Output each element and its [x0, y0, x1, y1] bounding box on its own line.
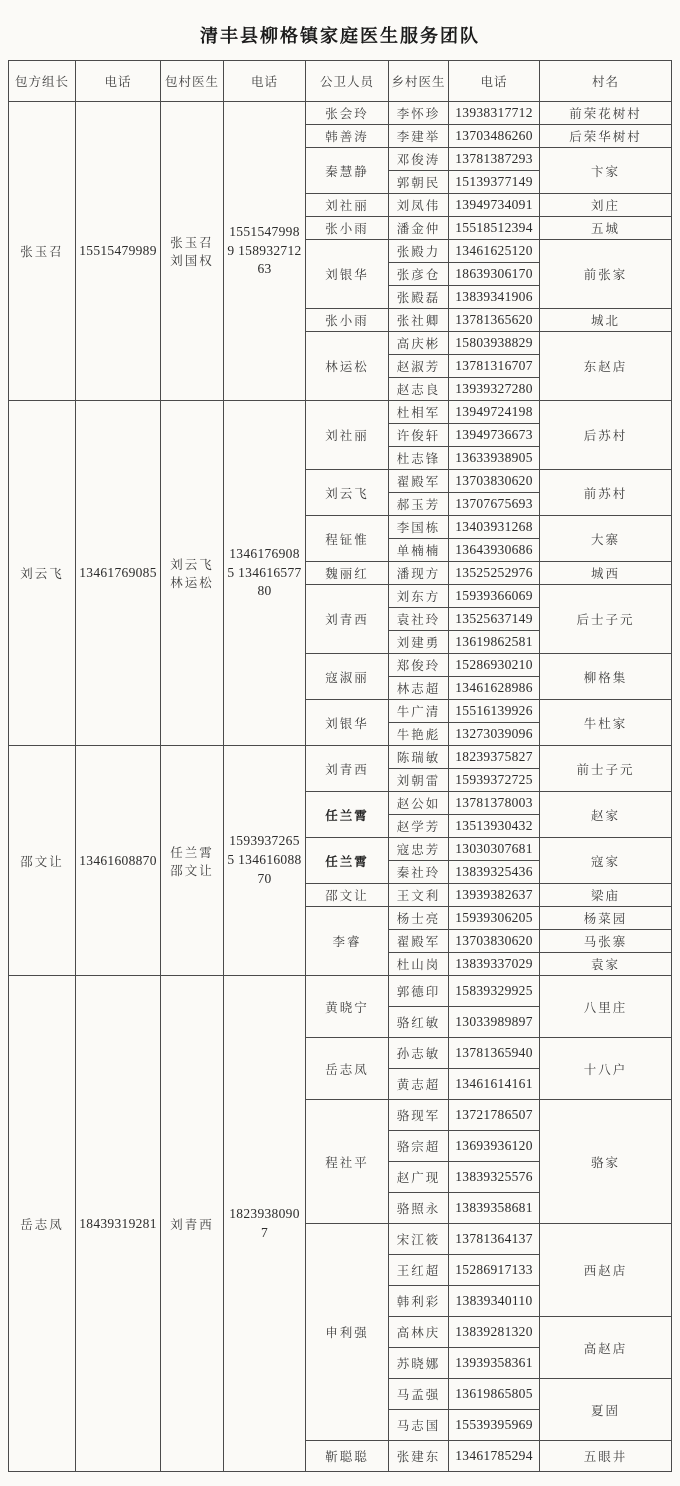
village-name-cell: 夏固 [540, 1379, 672, 1441]
village-name-cell: 东赵店 [540, 332, 672, 401]
rural-doctor-cell: 郭德印 [389, 976, 449, 1007]
rural-doctor-cell: 牛广清 [389, 700, 449, 723]
leader-phone-cell: 18439319281 [76, 976, 161, 1472]
rural-doctor-cell: 潘现方 [389, 562, 449, 585]
public-health-staff-cell: 申利强 [306, 1224, 389, 1441]
phone-cell: 13781365940 [449, 1038, 540, 1069]
village-name-cell: 城西 [540, 562, 672, 585]
village-name-cell: 后荣华树村 [540, 125, 672, 148]
public-health-staff-cell: 岳志凤 [306, 1038, 389, 1100]
rural-doctor-cell: 郭朝民 [389, 171, 449, 194]
leader-phone-cell: 13461769085 [76, 401, 161, 746]
rural-doctor-cell: 牛艳彪 [389, 723, 449, 746]
rural-doctor-cell: 邓俊涛 [389, 148, 449, 171]
rural-doctor-cell: 张社卿 [389, 309, 449, 332]
village-doctor-phone-cell: 15939372655 13461608870 [224, 746, 306, 976]
village-doctor-cell: 刘青西 [161, 976, 224, 1472]
phone-cell: 15939372725 [449, 769, 540, 792]
public-health-staff-cell: 邵文让 [306, 884, 389, 907]
column-header-4: 公卫人员 [306, 61, 389, 102]
rural-doctor-cell: 张彦仓 [389, 263, 449, 286]
rural-doctor-cell: 张殿力 [389, 240, 449, 263]
rural-doctor-cell: 赵广现 [389, 1162, 449, 1193]
phone-cell: 13721786507 [449, 1100, 540, 1131]
village-name-cell: 高赵店 [540, 1317, 672, 1379]
rural-doctor-cell: 刘朝雷 [389, 769, 449, 792]
rural-doctor-cell: 许俊轩 [389, 424, 449, 447]
phone-cell: 13939327280 [449, 378, 540, 401]
public-health-staff-cell: 张小雨 [306, 309, 389, 332]
phone-cell: 15939366069 [449, 585, 540, 608]
village-name-cell: 城北 [540, 309, 672, 332]
rural-doctor-cell: 孙志敏 [389, 1038, 449, 1069]
phone-cell: 15939306205 [449, 907, 540, 930]
rural-doctor-cell: 赵学芳 [389, 815, 449, 838]
village-name-cell: 前士子元 [540, 746, 672, 792]
rural-doctor-cell: 杨士亮 [389, 907, 449, 930]
leader-cell: 邵文让 [9, 746, 76, 976]
table-row: 刘云飞13461769085刘云飞 林运松13461769085 1346165… [9, 401, 672, 424]
public-health-staff-cell: 刘社丽 [306, 194, 389, 217]
phone-cell: 15286930210 [449, 654, 540, 677]
phone-cell: 15139377149 [449, 171, 540, 194]
phone-cell: 13949724198 [449, 401, 540, 424]
phone-cell: 13033989897 [449, 1007, 540, 1038]
phone-cell: 13839325576 [449, 1162, 540, 1193]
public-health-staff-cell: 刘青西 [306, 585, 389, 654]
leader-cell: 张玉召 [9, 102, 76, 401]
phone-cell: 13273039096 [449, 723, 540, 746]
leader-phone-cell: 13461608870 [76, 746, 161, 976]
page-title: 清丰县柳格镇家庭医生服务团队 [8, 22, 672, 48]
village-name-cell: 五城 [540, 217, 672, 240]
public-health-staff-cell: 刘云飞 [306, 470, 389, 516]
rural-doctor-cell: 刘凤伟 [389, 194, 449, 217]
rural-doctor-cell: 刘东方 [389, 585, 449, 608]
table-row: 张玉召15515479989张玉召 刘国权15515479989 1589327… [9, 102, 672, 125]
rural-doctor-cell: 张建东 [389, 1441, 449, 1472]
phone-cell: 13839358681 [449, 1193, 540, 1224]
village-name-cell: 卞家 [540, 148, 672, 194]
village-doctor-phone-cell: 18239380907 [224, 976, 306, 1472]
village-name-cell: 前张家 [540, 240, 672, 309]
rural-doctor-cell: 袁社玲 [389, 608, 449, 631]
phone-cell: 13939382637 [449, 884, 540, 907]
village-name-cell: 杨菜园 [540, 907, 672, 930]
village-name-cell: 赵家 [540, 792, 672, 838]
column-header-7: 村名 [540, 61, 672, 102]
phone-cell: 13703486260 [449, 125, 540, 148]
public-health-staff-cell: 刘社丽 [306, 401, 389, 470]
phone-cell: 15518512394 [449, 217, 540, 240]
table-row: 岳志凤18439319281刘青西18239380907黄晓宁郭德印158393… [9, 976, 672, 1007]
rural-doctor-cell: 翟殿军 [389, 930, 449, 953]
rural-doctor-cell: 骆红敏 [389, 1007, 449, 1038]
phone-cell: 13781387293 [449, 148, 540, 171]
rural-doctor-cell: 郑俊玲 [389, 654, 449, 677]
document-page: 清丰县柳格镇家庭医生服务团队 包方组长电话包村医生电话公卫人员乡村医生电话村名 … [0, 0, 680, 1486]
rural-doctor-cell: 马孟强 [389, 1379, 449, 1410]
column-header-0: 包方组长 [9, 61, 76, 102]
rural-doctor-cell: 李怀珍 [389, 102, 449, 125]
rural-doctor-cell: 张殿磊 [389, 286, 449, 309]
rural-doctor-cell: 杜志锋 [389, 447, 449, 470]
phone-cell: 13839281320 [449, 1317, 540, 1348]
phone-cell: 15286917133 [449, 1255, 540, 1286]
phone-cell: 13461785294 [449, 1441, 540, 1472]
phone-cell: 13703830620 [449, 930, 540, 953]
phone-cell: 13619865805 [449, 1379, 540, 1410]
village-name-cell: 西赵店 [540, 1224, 672, 1317]
rural-doctor-cell: 骆照永 [389, 1193, 449, 1224]
public-health-staff-cell: 寇淑丽 [306, 654, 389, 700]
public-health-staff-cell: 李睿 [306, 907, 389, 976]
village-name-cell: 袁家 [540, 953, 672, 976]
village-name-cell: 八里庄 [540, 976, 672, 1038]
rural-doctor-cell: 高庆彬 [389, 332, 449, 355]
rural-doctor-cell: 赵公如 [389, 792, 449, 815]
column-header-3: 电话 [224, 61, 306, 102]
phone-cell: 13030307681 [449, 838, 540, 861]
village-name-cell: 马张寨 [540, 930, 672, 953]
rural-doctor-cell: 杜相军 [389, 401, 449, 424]
rural-doctor-cell: 马志国 [389, 1410, 449, 1441]
public-health-staff-cell: 程钲惟 [306, 516, 389, 562]
village-doctor-cell: 刘云飞 林运松 [161, 401, 224, 746]
rural-doctor-cell: 杜山岗 [389, 953, 449, 976]
table-header-row: 包方组长电话包村医生电话公卫人员乡村医生电话村名 [9, 61, 672, 102]
rural-doctor-cell: 苏晓娜 [389, 1348, 449, 1379]
village-name-cell: 刘庄 [540, 194, 672, 217]
leader-phone-cell: 15515479989 [76, 102, 161, 401]
leader-cell: 刘云飞 [9, 401, 76, 746]
team-section-3: 岳志凤18439319281刘青西18239380907黄晓宁郭德印158393… [9, 976, 672, 1472]
phone-cell: 13693936120 [449, 1131, 540, 1162]
rural-doctor-cell: 单楠楠 [389, 539, 449, 562]
rural-doctor-cell: 林志超 [389, 677, 449, 700]
public-health-staff-cell: 秦慧静 [306, 148, 389, 194]
rural-doctor-cell: 韩利彩 [389, 1286, 449, 1317]
village-name-cell: 后士子元 [540, 585, 672, 654]
phone-cell: 13839337029 [449, 953, 540, 976]
village-name-cell: 十八户 [540, 1038, 672, 1100]
public-health-staff-cell: 任兰霄 [306, 792, 389, 838]
rural-doctor-cell: 王红超 [389, 1255, 449, 1286]
village-doctor-cell: 张玉召 刘国权 [161, 102, 224, 401]
phone-cell: 13513930432 [449, 815, 540, 838]
public-health-staff-cell: 刘银华 [306, 700, 389, 746]
phone-cell: 13633938905 [449, 447, 540, 470]
phone-cell: 15839329925 [449, 976, 540, 1007]
rural-doctor-cell: 骆现军 [389, 1100, 449, 1131]
table-row: 邵文让13461608870任兰霄 邵文让15939372655 1346160… [9, 746, 672, 769]
family-doctor-team-table: 包方组长电话包村医生电话公卫人员乡村医生电话村名 张玉召15515479989张… [8, 60, 672, 1472]
village-name-cell: 大寨 [540, 516, 672, 562]
phone-cell: 13939358361 [449, 1348, 540, 1379]
phone-cell: 13403931268 [449, 516, 540, 539]
team-section-1: 刘云飞13461769085刘云飞 林运松13461769085 1346165… [9, 401, 672, 746]
rural-doctor-cell: 郝玉芳 [389, 493, 449, 516]
phone-cell: 13643930686 [449, 539, 540, 562]
rural-doctor-cell: 李建举 [389, 125, 449, 148]
rural-doctor-cell: 李国栋 [389, 516, 449, 539]
phone-cell: 13781378003 [449, 792, 540, 815]
phone-cell: 15803938829 [449, 332, 540, 355]
phone-cell: 13461628986 [449, 677, 540, 700]
public-health-staff-cell: 任兰霄 [306, 838, 389, 884]
public-health-staff-cell: 魏丽红 [306, 562, 389, 585]
phone-cell: 13781365620 [449, 309, 540, 332]
phone-cell: 13707675693 [449, 493, 540, 516]
rural-doctor-cell: 王文利 [389, 884, 449, 907]
village-name-cell: 五眼井 [540, 1441, 672, 1472]
rural-doctor-cell: 秦社玲 [389, 861, 449, 884]
village-doctor-cell: 任兰霄 邵文让 [161, 746, 224, 976]
phone-cell: 13525252976 [449, 562, 540, 585]
village-name-cell: 骆家 [540, 1100, 672, 1224]
rural-doctor-cell: 黄志超 [389, 1069, 449, 1100]
phone-cell: 18239375827 [449, 746, 540, 769]
rural-doctor-cell: 高林庆 [389, 1317, 449, 1348]
phone-cell: 13839325436 [449, 861, 540, 884]
phone-cell: 13839340110 [449, 1286, 540, 1317]
public-health-staff-cell: 韩善涛 [306, 125, 389, 148]
phone-cell: 18639306170 [449, 263, 540, 286]
rural-doctor-cell: 寇忠芳 [389, 838, 449, 861]
phone-cell: 13619862581 [449, 631, 540, 654]
public-health-staff-cell: 程社平 [306, 1100, 389, 1224]
public-health-staff-cell: 刘青西 [306, 746, 389, 792]
public-health-staff-cell: 黄晓宁 [306, 976, 389, 1038]
phone-cell: 13938317712 [449, 102, 540, 125]
phone-cell: 13461614161 [449, 1069, 540, 1100]
phone-cell: 13949734091 [449, 194, 540, 217]
village-name-cell: 梁庙 [540, 884, 672, 907]
column-header-6: 电话 [449, 61, 540, 102]
rural-doctor-cell: 刘建勇 [389, 631, 449, 654]
village-doctor-phone-cell: 15515479989 15893271263 [224, 102, 306, 401]
rural-doctor-cell: 赵淑芳 [389, 355, 449, 378]
public-health-staff-cell: 张小雨 [306, 217, 389, 240]
phone-cell: 13839341906 [449, 286, 540, 309]
phone-cell: 13525637149 [449, 608, 540, 631]
public-health-staff-cell: 刘银华 [306, 240, 389, 309]
phone-cell: 15539395969 [449, 1410, 540, 1441]
public-health-staff-cell: 林运松 [306, 332, 389, 401]
column-header-2: 包村医生 [161, 61, 224, 102]
rural-doctor-cell: 潘金仲 [389, 217, 449, 240]
village-name-cell: 牛杜家 [540, 700, 672, 746]
rural-doctor-cell: 宋江筱 [389, 1224, 449, 1255]
rural-doctor-cell: 赵志良 [389, 378, 449, 401]
phone-cell: 13461625120 [449, 240, 540, 263]
column-header-1: 电话 [76, 61, 161, 102]
rural-doctor-cell: 翟殿军 [389, 470, 449, 493]
rural-doctor-cell: 陈瑞敏 [389, 746, 449, 769]
public-health-staff-cell: 靳聪聪 [306, 1441, 389, 1472]
team-section-0: 张玉召15515479989张玉召 刘国权15515479989 1589327… [9, 102, 672, 401]
public-health-staff-cell: 张会玲 [306, 102, 389, 125]
phone-cell: 13781316707 [449, 355, 540, 378]
column-header-5: 乡村医生 [389, 61, 449, 102]
village-name-cell: 寇家 [540, 838, 672, 884]
rural-doctor-cell: 骆宗超 [389, 1131, 449, 1162]
village-name-cell: 后苏村 [540, 401, 672, 470]
village-name-cell: 前苏村 [540, 470, 672, 516]
leader-cell: 岳志凤 [9, 976, 76, 1472]
village-name-cell: 前荣花树村 [540, 102, 672, 125]
phone-cell: 13703830620 [449, 470, 540, 493]
phone-cell: 15516139926 [449, 700, 540, 723]
village-name-cell: 柳格集 [540, 654, 672, 700]
phone-cell: 13781364137 [449, 1224, 540, 1255]
team-section-2: 邵文让13461608870任兰霄 邵文让15939372655 1346160… [9, 746, 672, 976]
phone-cell: 13949736673 [449, 424, 540, 447]
village-doctor-phone-cell: 13461769085 13461657780 [224, 401, 306, 746]
